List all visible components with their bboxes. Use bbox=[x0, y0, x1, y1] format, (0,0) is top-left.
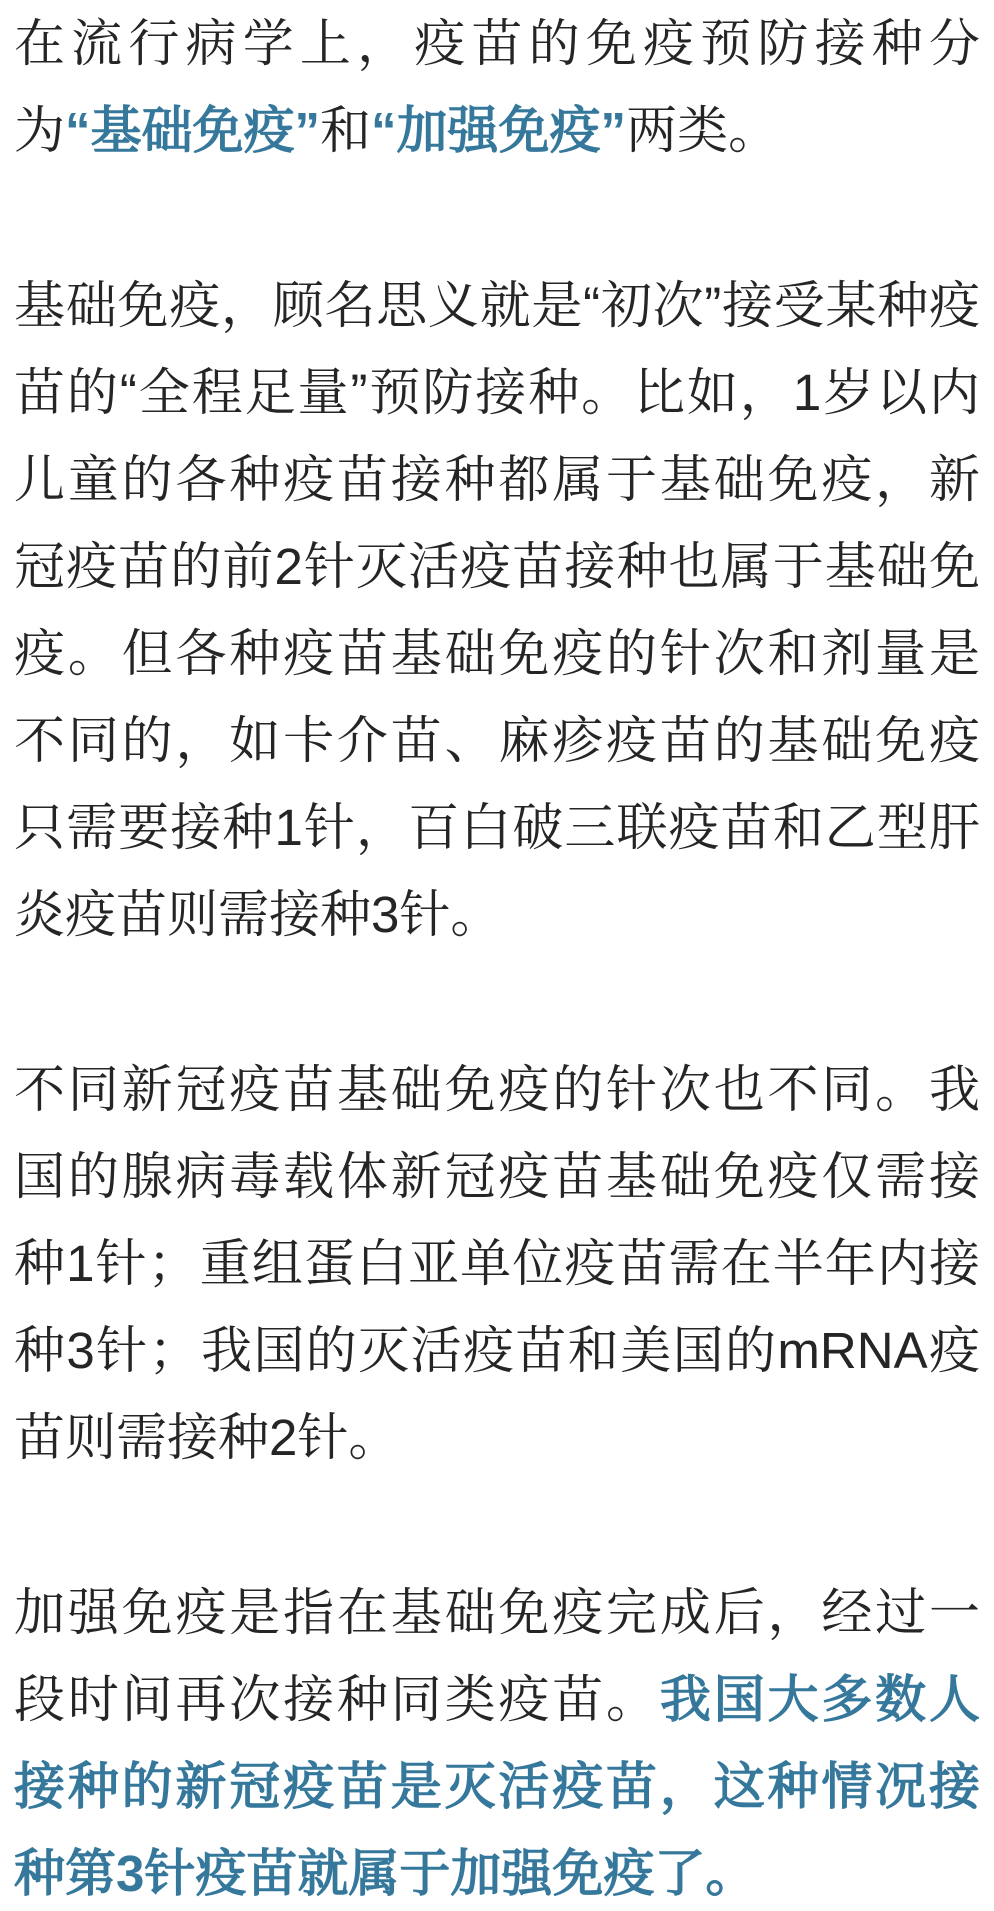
text-segment: 两类。 bbox=[626, 102, 779, 159]
text-segment: 基础免疫，顾名思义就是“初次”接受某种疫苗的“全程足量”预防接种。比如，1岁以内… bbox=[14, 277, 980, 943]
paragraph-immunization-classification: 在流行病学上，疫苗的免疫预防接种分为“基础免疫”和“加强免疫”两类。 bbox=[14, 0, 980, 174]
text-segment: 不同新冠疫苗基础免疫的针次也不同。我国的腺病毒载体新冠疫苗基础免疫仅需接种1针；… bbox=[14, 1061, 980, 1466]
paragraph-booster-explanation: 加强免疫是指在基础免疫完成后，经过一段时间再次接种同类疫苗。我国大多数人接种的新… bbox=[14, 1569, 980, 1911]
article-body: 在流行病学上，疫苗的免疫预防接种分为“基础免疫”和“加强免疫”两类。 基础免疫，… bbox=[14, 0, 980, 1911]
term-basic-immunization: “基础免疫” bbox=[65, 102, 320, 159]
term-booster-immunization: “加强免疫” bbox=[371, 102, 626, 159]
paragraph-covid-vaccine-doses: 不同新冠疫苗基础免疫的针次也不同。我国的腺病毒载体新冠疫苗基础免疫仅需接种1针；… bbox=[14, 1046, 980, 1481]
paragraph-basic-immunization-explanation: 基础免疫，顾名思义就是“初次”接受某种疫苗的“全程足量”预防接种。比如，1岁以内… bbox=[14, 262, 980, 958]
text-segment: 和 bbox=[320, 102, 371, 159]
